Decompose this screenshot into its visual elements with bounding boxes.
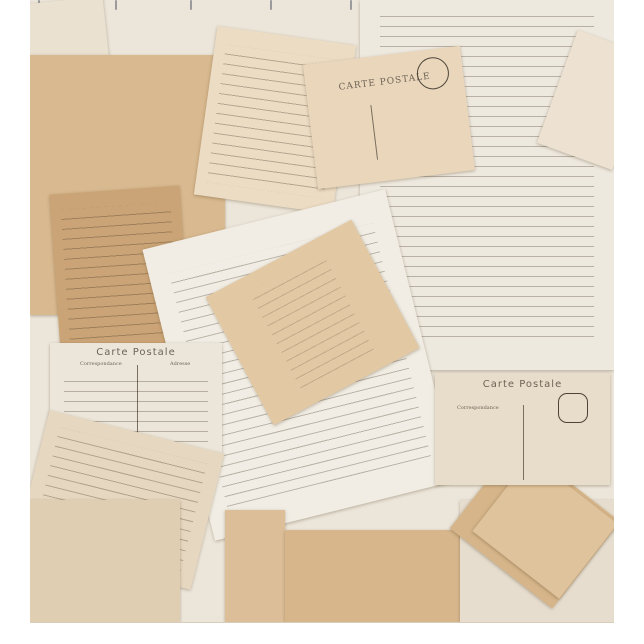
paper-sheet	[225, 510, 285, 622]
divider	[523, 405, 524, 480]
correspondance-label: Correspondance	[457, 405, 499, 411]
postcard-top-center: CARTE POSTALE	[303, 46, 475, 189]
curtain-hook	[350, 0, 352, 10]
curtain-hook	[270, 0, 272, 10]
shower-curtain: CARTE POSTALE Carte Postale Correspondan…	[30, 0, 614, 623]
postcard-title: Carte Postale	[50, 347, 222, 358]
paper-sheet	[285, 530, 460, 622]
postcard-bottom-right: Carte Postale Correspondance	[435, 373, 610, 485]
divider	[370, 105, 378, 160]
postmark-icon	[415, 55, 451, 91]
curtain-hook	[115, 0, 117, 10]
postcard-title: Carte Postale	[435, 379, 610, 390]
adresse-label: Adresse	[170, 361, 190, 367]
postmark-icon	[558, 393, 588, 423]
correspondance-label: Correspondance	[80, 361, 122, 367]
paper-sheet	[30, 500, 180, 622]
curtain-hook	[190, 0, 192, 10]
